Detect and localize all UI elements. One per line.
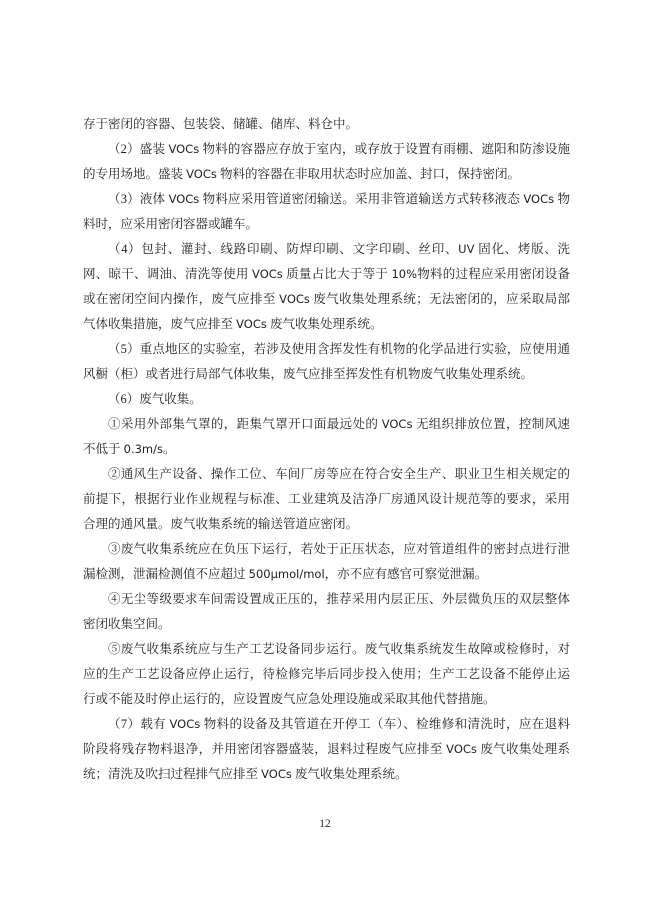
paragraph-continuation: 存于密闭的容器、包装袋、储罐、储库、料仓中。 xyxy=(83,112,570,137)
paragraph-subitem-circle-2: ②通风生产设备、操作工位、车间厂房等应在符合安全生产、职业卫生相关规定的前提下，… xyxy=(83,462,570,537)
page-number: 12 xyxy=(0,818,650,830)
paragraph-item-2: （2）盛装 VOCs 物料的容器应存放于室内，或存放于设置有雨棚、遮阳和防渗设施… xyxy=(83,137,570,187)
paragraph-item-3: （3）液体 VOCs 物料应采用管道密闭输送。采用非管道输送方式转移液态 VOC… xyxy=(83,187,570,237)
document-page: 存于密闭的容器、包装袋、储罐、储库、料仓中。 （2）盛装 VOCs 物料的容器应… xyxy=(0,0,650,919)
paragraph-item-6: （6）废气收集。 xyxy=(83,387,570,412)
page-text-block: 存于密闭的容器、包装袋、储罐、储库、料仓中。 （2）盛装 VOCs 物料的容器应… xyxy=(83,112,570,787)
paragraph-subitem-circle-4: ④无尘等级要求车间需设置成正压的，推荐采用内层正压、外层微负压的双层整体密闭收集… xyxy=(83,587,570,637)
paragraph-subitem-circle-3: ③废气收集系统应在负压下运行，若处于正压状态，应对管道组件的密封点进行泄漏检测，… xyxy=(83,537,570,587)
paragraph-subitem-circle-5: ⑤废气收集系统应与生产工艺设备同步运行。废气收集系统发生故障或检修时，对应的生产… xyxy=(83,637,570,712)
paragraph-subitem-circle-1: ①采用外部集气罩的，距集气罩开口面最远处的 VOCs 无组织排放位置，控制风速不… xyxy=(83,412,570,462)
paragraph-item-4: （4）包封、灌封、线路印刷、防焊印刷、文字印刷、丝印、UV 固化、烤版、洗网、晾… xyxy=(83,237,570,337)
paragraph-item-7: （7）载有 VOCs 物料的设备及其管道在开停工（车）、检维修和清洗时，应在退料… xyxy=(83,712,570,787)
paragraph-item-5: （5）重点地区的实验室，若涉及使用含挥发性有机物的化学品进行实验，应使用通风橱（… xyxy=(83,337,570,387)
